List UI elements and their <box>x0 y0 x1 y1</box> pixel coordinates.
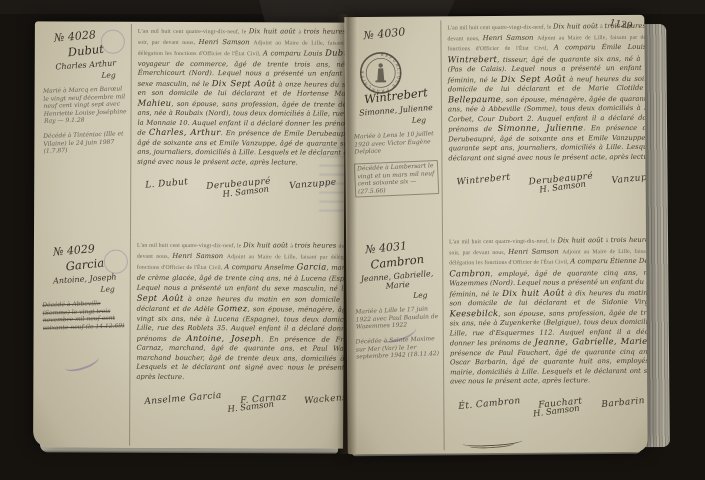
purple-ink-scrawl <box>62 350 101 374</box>
book-gutter-shadow <box>337 14 357 454</box>
birth-record-4028: № 4028 Dubut Charles Arthur Leg Marié à … <box>34 23 345 238</box>
marriage-annotation: Mariée à Lens le 10 juillet 1920 avec Vi… <box>354 130 439 156</box>
record-margin: № 4030 RÉPUBLIQUE FRANÇAISE Wintrebert S… <box>344 20 442 235</box>
marriage-annotation: Marié à Marcq en Barœul le vingt neuf dé… <box>43 85 128 126</box>
death-annotation: Décédé à Tinténiac (Ille et Vilaine) le … <box>43 130 128 155</box>
record-act: L'an mil huit cent quatre-vingt-dix-neuf… <box>129 238 344 447</box>
record-given-names: Jeanne, Gabrielle, Marie <box>355 269 440 293</box>
act-text: L'an mil huit cent quatre-vingt-dix-neuf… <box>447 22 646 164</box>
death-annotation-struck: Décédé à Abbeville (Somme) le vingt troi… <box>42 299 127 332</box>
record-margin: № 4031 Cambron Jeanne, Gabrielle, Marie … <box>346 234 444 451</box>
birth-record-4030: № 4030 RÉPUBLIQUE FRANÇAISE Wintrebert S… <box>344 19 646 235</box>
left-page-scan: № 4028 Dubut Charles Arthur Leg Marié à … <box>33 21 345 448</box>
act-text: L'an mil huit cent quatre-vingt-dix-neuf… <box>449 236 648 387</box>
birth-record-4029: № 4029 Garcia Antoine, Joseph Leg Décédé… <box>33 237 344 446</box>
record-act: L'an mil huit cent quatre-vingt-dix-neuf… <box>440 19 646 235</box>
act-text: L'an mil huit cent quatre-vingt-dix-neuf… <box>137 27 345 168</box>
record-margin: № 4028 Dubut Charles Arthur Leg Marié à … <box>34 23 131 237</box>
death-annotation: Décédée à Sainte Maxime sur Mer (Var) le… <box>355 335 440 361</box>
right-page-scan: 1129 № 4030 RÉPUBLIQUE FRANÇAISE Wintreb… <box>344 15 647 454</box>
record-act: L'an mil huit cent quatre-vingt-dix-neuf… <box>130 24 345 239</box>
death-annotation: Décédée à Lambersart le vingt et un mars… <box>354 160 439 198</box>
record-act: L'an mil huit cent quatre-vingt-dix-neuf… <box>442 233 648 451</box>
act-text: L'an mil huit cent quatre-vingt-dix-neuf… <box>136 241 344 383</box>
record-legitimacy: Leg <box>43 284 127 293</box>
record-number: № 4030 <box>363 22 438 42</box>
record-margin: № 4029 Garcia Antoine, Joseph Leg Décédé… <box>33 237 130 445</box>
signature-flourish <box>462 436 522 448</box>
archival-photo: { "photo": { "page_number": "1129" }, "s… <box>0 0 705 480</box>
record-legitimacy: Leg <box>44 70 128 79</box>
birth-record-4031: № 4031 Cambron Jeanne, Gabrielle, Marie … <box>346 233 648 451</box>
